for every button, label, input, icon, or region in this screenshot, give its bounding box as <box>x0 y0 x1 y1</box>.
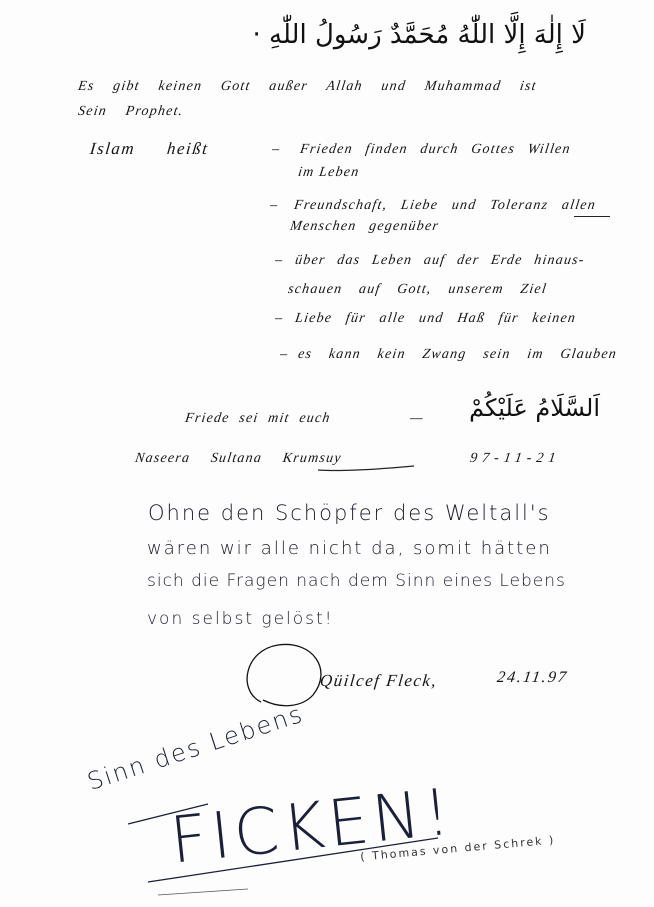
point-3-line-2: schauen auf Gott, unserem Ziel <box>287 283 548 297</box>
greeting-german: Friede sei mit euch <box>184 412 331 426</box>
entry-2-line-3: sich die Fragen nach dem Sinn eines Lebe… <box>147 573 566 590</box>
point-3-line-1: über das Leben auf der Erde hinaus- <box>294 254 586 268</box>
entry-3-heading: Sinn des Lebens <box>85 701 307 794</box>
point-1-line-1: Frieden finden durch Gottes Willen <box>299 143 572 157</box>
entry-2-line-1: Ohne den Schöpfer des Weltall's <box>148 503 551 524</box>
greeting-arabic: اَلسَّلَامُ عَلَيْكُمْ <box>469 396 600 420</box>
signature-1-date: 97-11-21 <box>469 452 561 466</box>
underline-allen <box>574 216 610 217</box>
signature-1-flourish <box>318 462 418 474</box>
shahada-german-line-1: Es gibt keinen Gott außer Allah und Muha… <box>77 80 538 94</box>
point-2-line-2: Menschen gegenüber <box>289 220 440 234</box>
bullet-dash: – <box>269 199 279 213</box>
greeting-dash: — <box>409 412 425 426</box>
scanned-page: لَا إِلٰهَ إِلَّا اللّٰهُ مُحَمَّدٌ رَسُ… <box>0 0 654 907</box>
point-2-line-1: Freundschaft, Liebe und Toleranz allen <box>293 199 597 213</box>
islam-label: Islam heißt <box>89 140 209 157</box>
bullet-dash: – <box>274 312 284 326</box>
point-5-line-1: es kann kein Zwang sein im Glauben <box>297 348 618 362</box>
bullet-dash: – <box>279 348 289 362</box>
point-1-line-2: im Leben <box>297 166 360 180</box>
entry-2-line-4: von selbst gelöst! <box>147 611 334 628</box>
bullet-dash: – <box>271 143 281 157</box>
bullet-dash: – <box>274 254 284 268</box>
signature-2-date: 24.11.97 <box>496 670 569 686</box>
shahada-german-line-2: Sein Prophet. <box>77 105 184 119</box>
entry-2-line-2: wären wir alle nicht da, somit hätten <box>147 540 552 558</box>
shahada-arabic: لَا إِلٰهَ إِلَّا اللّٰهُ مُحَمَّدٌ رَسُ… <box>252 22 586 48</box>
entry-3-underlines <box>128 790 448 900</box>
point-4-line-1: Liebe für alle und Haß für keinen <box>294 312 577 326</box>
signature-2-name: Qüilcef Fleck, <box>319 672 438 689</box>
signature-1-name: Naseera Sultana Krumsuy <box>134 452 343 466</box>
